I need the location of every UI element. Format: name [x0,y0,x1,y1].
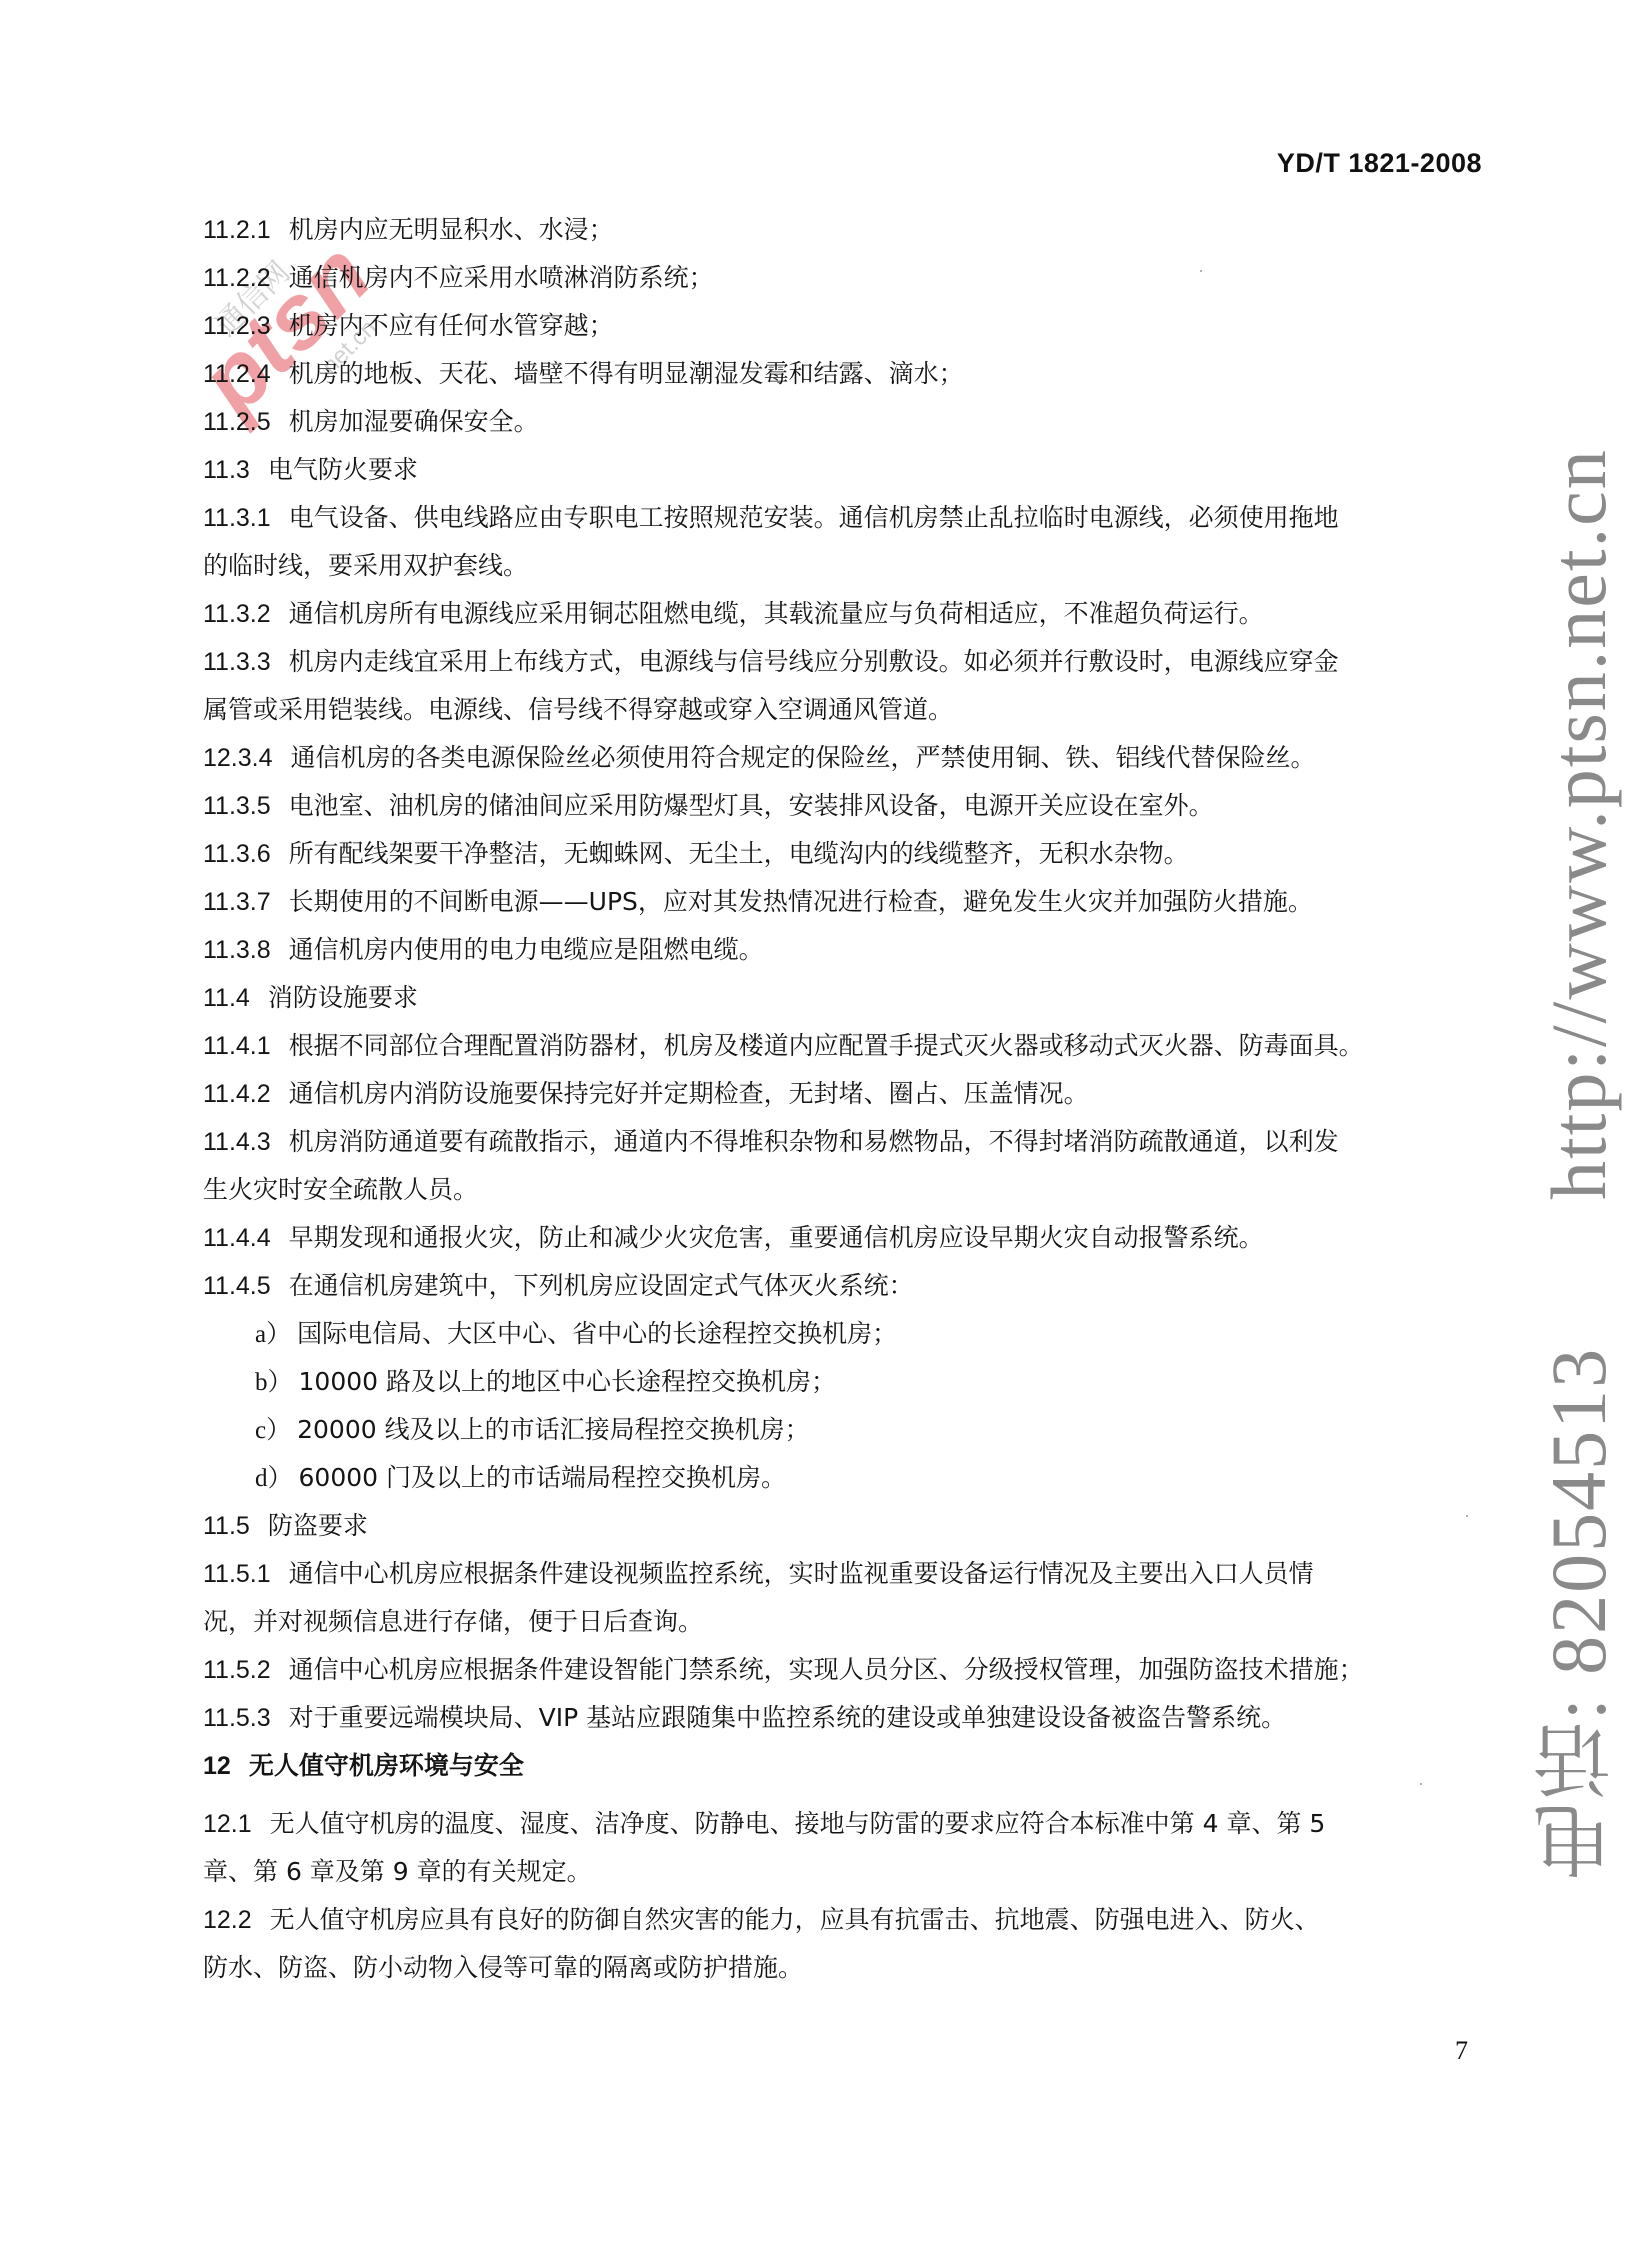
section-heading-11-5: 11.5防盗要求 [203,1502,1513,1550]
clause-text: 机房消防通道要有疏散指示，通道内不得堆积杂物和易燃物品，不得封堵消防疏散通道，以… [289,1127,1339,1156]
clause-number: 11.3.5 [203,782,271,830]
clause-text: 无人值守机房应具有良好的防御自然灾害的能力，应具有抗雷击、抗地震、防强电进入、防… [270,1905,1320,1934]
clause-number: 12.2 [203,1896,252,1944]
list-marker: c） [255,1417,291,1444]
clause-text: 早期发现和通报火灾，防止和减少火灾危害，重要通信机房应设早期火灾自动报警系统。 [289,1223,1264,1252]
clause-12-2-continuation: 防水、防盗、防小动物入侵等可靠的隔离或防护措施。 [203,1944,1513,1992]
clause-11-3-8: 11.3.8通信机房内使用的电力电缆应是阻燃电缆。 [203,926,1513,974]
clause-11-2-4: 11.2.4机房的地板、天花、墙壁不得有明显潮湿发霉和结露、滴水； [203,350,1513,398]
section-title: 电气防火要求 [268,455,418,484]
clause-11-3-3-continuation: 属管或采用铠装线。电源线、信号线不得穿越或穿入空调通风管道。 [203,686,1513,734]
list-item-a: a）国际电信局、大区中心、省中心的长途程控交换机房； [203,1310,1513,1358]
vertical-watermark: http://www.ptsn.net.cn 电话: 82054513 [1540,360,1630,1880]
clause-text: 在通信机房建筑中，下列机房应设固定式气体灭火系统： [289,1271,914,1300]
section-number: 11.4 [203,974,250,1022]
clause-11-2-3: 11.2.3机房内不应有任何水管穿越； [203,302,1513,350]
clause-11-2-1: 11.2.1机房内应无明显积水、水浸； [203,206,1513,254]
clause-text: 通信机房所有电源线应采用铜芯阻燃电缆，其载流量应与负荷相适应，不准超负荷运行。 [289,599,1264,628]
clause-number: 12.3.4 [203,734,273,782]
clause-12-1-continuation: 章、第 6 章及第 9 章的有关规定。 [203,1848,1513,1896]
clause-11-5-2: 11.5.2通信中心机房应根据条件建设智能门禁系统，实现人员分区、分级授权管理，… [203,1646,1513,1694]
clause-11-2-5: 11.2.5机房加湿要确保安全。 [203,398,1513,446]
clause-11-3-7: 11.3.7长期使用的不间断电源——UPS，应对其发热情况进行检查，避免发生火灾… [203,878,1513,926]
section-number: 11.5 [203,1502,250,1550]
clause-text: 电池室、油机房的储油间应采用防爆型灯具，安装排风设备，电源开关应设在室外。 [289,791,1214,820]
clause-11-4-2: 11.4.2通信机房内消防设施要保持完好并定期检查，无封堵、圈占、压盖情况。 [203,1070,1513,1118]
clause-11-5-1-continuation: 况，并对视频信息进行存储，便于日后查询。 [203,1598,1513,1646]
clause-11-5-3: 11.5.3对于重要远端模块局、VIP 基站应跟随集中监控系统的建设或单独建设设… [203,1694,1513,1742]
list-item-d: d）60000 门及以上的市话端局程控交换机房。 [203,1454,1513,1502]
clause-11-4-3: 11.4.3机房消防通道要有疏散指示，通道内不得堆积杂物和易燃物品，不得封堵消防… [203,1118,1513,1166]
clause-11-2-2: 11.2.2通信机房内不应采用水喷淋消防系统； [203,254,1513,302]
clause-text: 对于重要远端模块局、VIP 基站应跟随集中监控系统的建设或单独建设设备被盗告警系… [289,1703,1287,1732]
list-marker: a） [255,1321,291,1348]
clause-11-4-3-continuation: 生火灾时安全疏散人员。 [203,1166,1513,1214]
section-title: 防盗要求 [268,1511,368,1540]
clause-11-3-1-continuation: 的临时线，要采用双护套线。 [203,542,1513,590]
clause-number: 11.2.2 [203,254,271,302]
document-body: 11.2.1机房内应无明显积水、水浸； 11.2.2通信机房内不应采用水喷淋消防… [203,206,1513,1992]
list-text: 10000 路及以上的地区中心长途程控交换机房； [299,1367,836,1396]
chapter-heading-12: 12无人值守机房环境与安全 [203,1742,1513,1790]
clause-text: 所有配线架要干净整洁，无蜘蛛网、无尘土，电缆沟内的线缆整齐，无积水杂物。 [289,839,1189,868]
section-title: 消防设施要求 [268,983,418,1012]
clause-text: 机房加湿要确保安全。 [289,407,539,436]
clause-number: 11.3.7 [203,878,271,926]
clause-number: 11.3.6 [203,830,271,878]
clause-number: 11.5.2 [203,1646,271,1694]
clause-text: 机房内不应有任何水管穿越； [289,311,614,340]
clause-number: 11.2.3 [203,302,271,350]
section-heading-11-3: 11.3电气防火要求 [203,446,1513,494]
clause-number: 11.3.2 [203,590,271,638]
section-number: 11.3 [203,446,250,494]
scan-speck [1200,270,1202,272]
list-text: 国际电信局、大区中心、省中心的长途程控交换机房； [297,1319,897,1348]
clause-number: 11.3.1 [203,494,271,542]
clause-number: 11.3.3 [203,638,271,686]
clause-11-4-1: 11.4.1根据不同部位合理配置消防器材，机房及楼道内应配置手提式灭火器或移动式… [203,1022,1513,1070]
clause-number: 12.1 [203,1800,252,1848]
watermark-url: http://www.ptsn.net.cn [1540,360,1618,1200]
clause-11-3-1: 11.3.1电气设备、供电线路应由专职电工按照规范安装。通信机房禁止乱拉临时电源… [203,494,1513,542]
clause-11-5-1: 11.5.1通信中心机房应根据条件建设视频监控系统，实时监视重要设备运行情况及主… [203,1550,1513,1598]
clause-12-1: 12.1无人值守机房的温度、湿度、洁净度、防静电、接地与防雷的要求应符合本标准中… [203,1800,1513,1848]
standard-code-header: YD/T 1821-2008 [1277,148,1482,179]
clause-11-3-3: 11.3.3机房内走线宜采用上布线方式，电源线与信号线应分别敷设。如必须并行敷设… [203,638,1513,686]
clause-number: 11.2.4 [203,350,271,398]
clause-number: 11.2.1 [203,206,271,254]
clause-text: 通信机房内消防设施要保持完好并定期检查，无封堵、圈占、压盖情况。 [289,1079,1089,1108]
page-number: 7 [1455,2036,1468,2066]
clause-text: 机房内应无明显积水、水浸； [289,215,614,244]
clause-text: 机房的地板、天花、墙壁不得有明显潮湿发霉和结露、滴水； [289,359,964,388]
clause-12-2: 12.2无人值守机房应具有良好的防御自然灾害的能力，应具有抗雷击、抗地震、防强电… [203,1896,1513,1944]
clause-11-3-6: 11.3.6所有配线架要干净整洁，无蜘蛛网、无尘土，电缆沟内的线缆整齐，无积水杂… [203,830,1513,878]
clause-text: 通信机房内不应采用水喷淋消防系统； [289,263,714,292]
clause-number: 11.5.1 [203,1550,271,1598]
clause-text: 机房内走线宜采用上布线方式，电源线与信号线应分别敷设。如必须并行敷设时，电源线应… [289,647,1339,676]
list-item-c: c）20000 线及以上的市话汇接局程控交换机房； [203,1406,1513,1454]
clause-number: 11.4.1 [203,1022,271,1070]
watermark-phone: 电话: 82054513 [1540,1320,1618,1880]
clause-11-3-5: 11.3.5电池室、油机房的储油间应采用防爆型灯具，安装排风设备，电源开关应设在… [203,782,1513,830]
clause-number: 11.3.8 [203,926,271,974]
list-marker: b） [255,1369,293,1396]
list-item-b: b）10000 路及以上的地区中心长途程控交换机房； [203,1358,1513,1406]
scan-speck [1420,1783,1422,1785]
clause-number: 11.2.5 [203,398,271,446]
list-marker: d） [255,1465,293,1492]
scan-speck [1466,1515,1468,1517]
clause-text: 通信机房内使用的电力电缆应是阻燃电缆。 [289,935,764,964]
clause-11-4-5: 11.4.5在通信机房建筑中，下列机房应设固定式气体灭火系统： [203,1262,1513,1310]
section-heading-11-4: 11.4消防设施要求 [203,974,1513,1022]
clause-text: 根据不同部位合理配置消防器材，机房及楼道内应配置手提式灭火器或移动式灭火器、防毒… [289,1031,1364,1060]
list-text: 60000 门及以上的市话端局程控交换机房。 [299,1463,786,1492]
clause-number: 11.4.4 [203,1214,271,1262]
clause-number: 11.5.3 [203,1694,271,1742]
clause-text: 长期使用的不间断电源——UPS，应对其发热情况进行检查，避免发生火灾并加强防火措… [289,887,1313,916]
clause-text: 电气设备、供电线路应由专职电工按照规范安装。通信机房禁止乱拉临时电源线，必须使用… [289,503,1339,532]
clause-text: 通信中心机房应根据条件建设智能门禁系统，实现人员分区、分级授权管理，加强防盗技术… [289,1655,1364,1684]
chapter-title: 无人值守机房环境与安全 [249,1751,524,1780]
clause-number: 11.4.3 [203,1118,271,1166]
clause-number: 11.4.5 [203,1262,271,1310]
clause-11-4-4: 11.4.4早期发现和通报火灾，防止和减少火灾危害，重要通信机房应设早期火灾自动… [203,1214,1513,1262]
clause-11-3-2: 11.3.2通信机房所有电源线应采用铜芯阻燃电缆，其载流量应与负荷相适应，不准超… [203,590,1513,638]
clause-text: 通信机房的各类电源保险丝必须使用符合规定的保险丝，严禁使用铜、铁、铝线代替保险丝… [291,743,1316,772]
clause-number: 11.4.2 [203,1070,271,1118]
list-text: 20000 线及以上的市话汇接局程控交换机房； [297,1415,809,1444]
clause-text: 无人值守机房的温度、湿度、洁净度、防静电、接地与防雷的要求应符合本标准中第 4 … [270,1809,1326,1838]
chapter-number: 12 [203,1742,231,1790]
clause-text: 通信中心机房应根据条件建设视频监控系统，实时监视重要设备运行情况及主要出入口人员… [289,1559,1314,1588]
clause-12-3-4: 12.3.4通信机房的各类电源保险丝必须使用符合规定的保险丝，严禁使用铜、铁、铝… [203,734,1513,782]
